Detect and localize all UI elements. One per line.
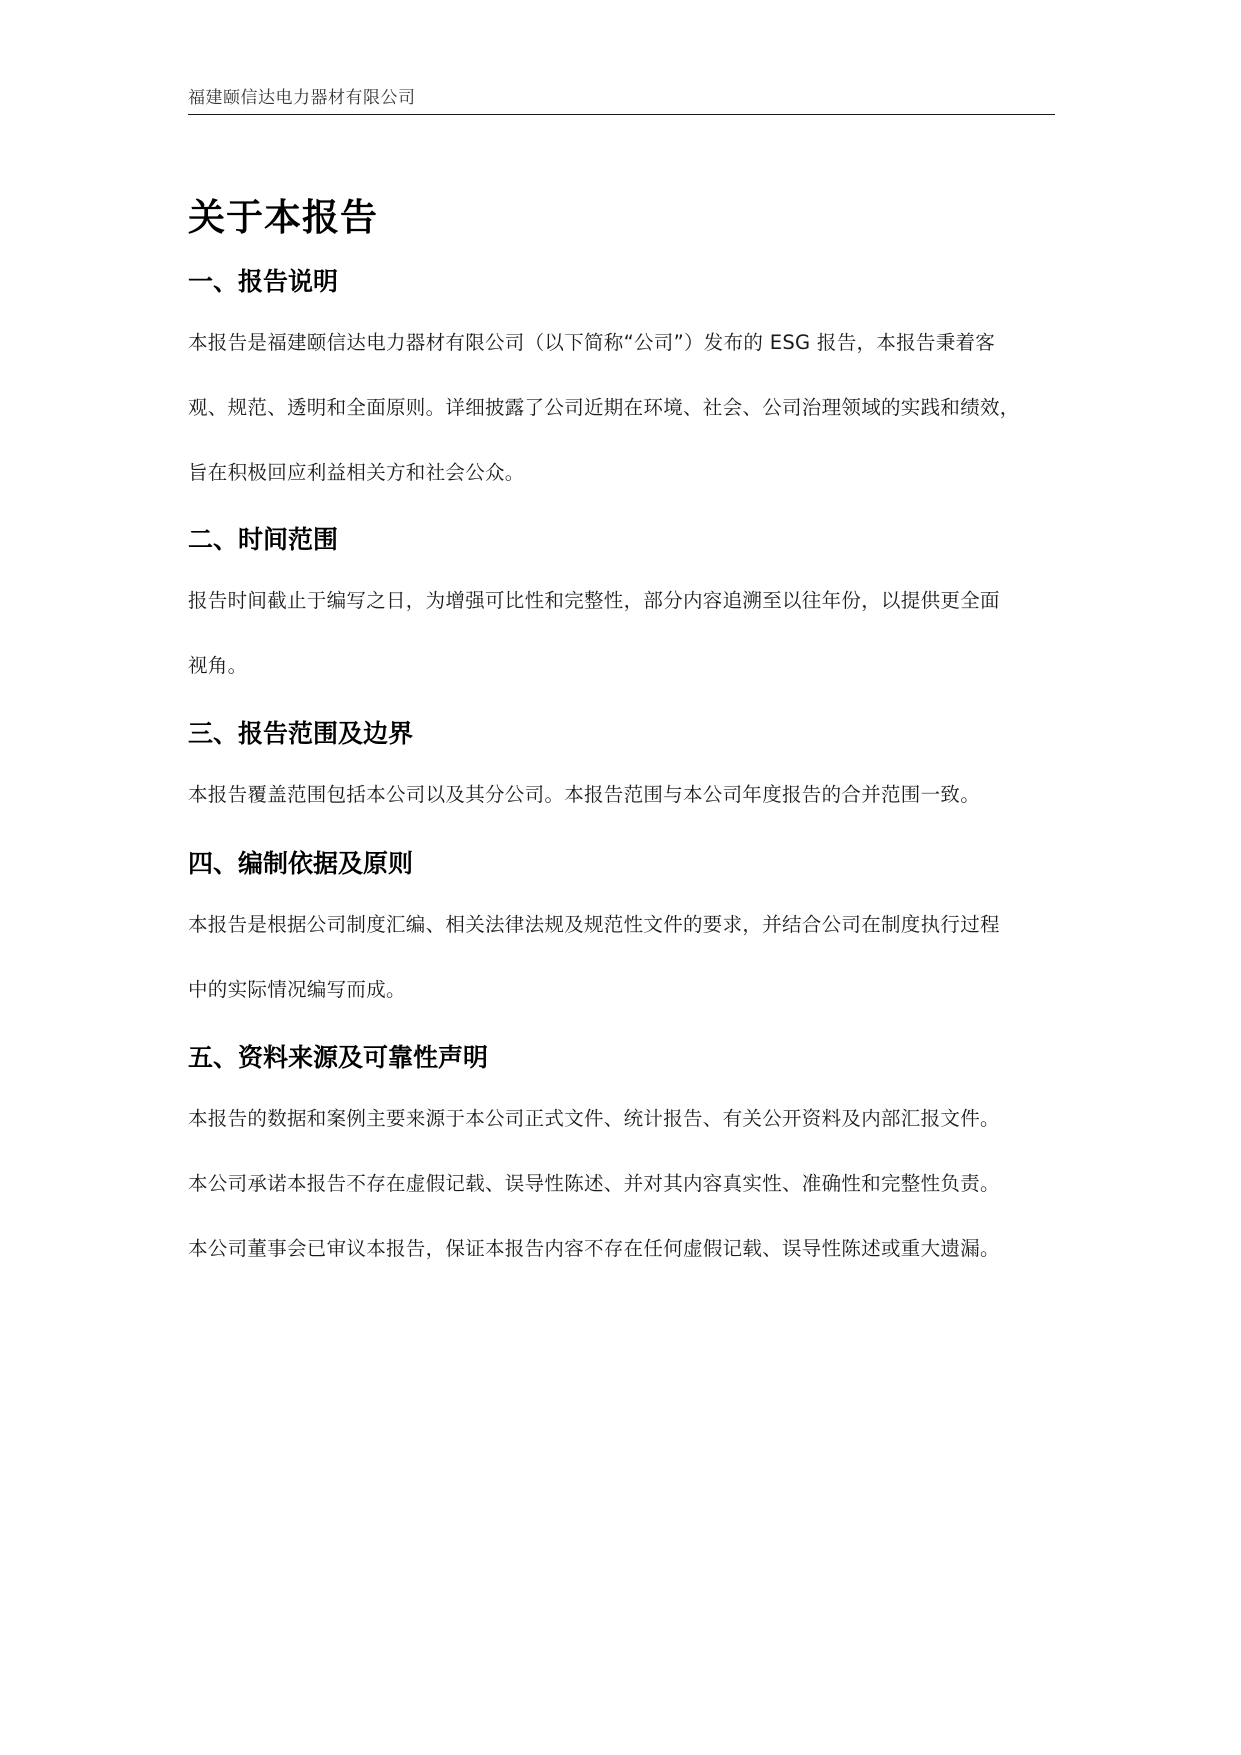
section-heading-scope-boundary: 三、报告范围及边界: [188, 714, 1058, 754]
paragraph-line: 本报告是福建颐信达电力器材有限公司（以下简称“公司”）发布的 ESG 报告，本报…: [188, 310, 1058, 375]
section-paragraph: 本报告覆盖范围包括本公司以及其分公司。本报告范围与本公司年度报告的合并范围一致。: [188, 762, 1058, 827]
section-paragraph: 报告时间截止于编写之日，为增强可比性和完整性，部分内容追溯至以往年份，以提供更全…: [188, 568, 1058, 698]
paragraph-line: 本报告的数据和案例主要来源于本公司正式文件、统计报告、有关公开资料及内部汇报文件…: [188, 1086, 1058, 1151]
paragraph-line: 视角。: [188, 633, 1058, 698]
page-title: 关于本报告: [188, 188, 1058, 248]
section-heading-basis-principles: 四、编制依据及原则: [188, 844, 1058, 884]
section-heading-report-description: 一、报告说明: [188, 262, 1058, 302]
paragraph-line: 本报告覆盖范围包括本公司以及其分公司。本报告范围与本公司年度报告的合并范围一致。: [188, 762, 1058, 827]
section-paragraph: 本报告是根据公司制度汇编、相关法律法规及规范性文件的要求，并结合公司在制度执行过…: [188, 892, 1058, 1022]
document-page: 福建颐信达电力器材有限公司 关于本报告 一、报告说明 本报告是福建颐信达电力器材…: [0, 0, 1241, 1755]
section-paragraph: 本报告的数据和案例主要来源于本公司正式文件、统计报告、有关公开资料及内部汇报文件…: [188, 1086, 1058, 1281]
company-name: 福建颐信达电力器材有限公司: [188, 88, 416, 108]
paragraph-line: 本公司承诺本报告不存在虚假记载、误导性陈述、并对其内容真实性、准确性和完整性负责…: [188, 1151, 1058, 1216]
running-header: 福建颐信达电力器材有限公司: [188, 88, 1055, 115]
section-paragraph: 本报告是福建颐信达电力器材有限公司（以下简称“公司”）发布的 ESG 报告，本报…: [188, 310, 1058, 505]
paragraph-line: 观、规范、透明和全面原则。详细披露了公司近期在环境、社会、公司治理领域的实践和绩…: [188, 375, 1058, 440]
paragraph-line: 报告时间截止于编写之日，为增强可比性和完整性，部分内容追溯至以往年份，以提供更全…: [188, 568, 1058, 633]
paragraph-line: 本报告是根据公司制度汇编、相关法律法规及规范性文件的要求，并结合公司在制度执行过…: [188, 892, 1058, 957]
section-heading-data-sources-reliability: 五、资料来源及可靠性声明: [188, 1038, 1058, 1078]
paragraph-line: 中的实际情况编写而成。: [188, 957, 1058, 1022]
paragraph-line: 旨在积极回应利益相关方和社会公众。: [188, 440, 1058, 505]
paragraph-line: 本公司董事会已审议本报告，保证本报告内容不存在任何虚假记载、误导性陈述或重大遗漏…: [188, 1216, 1058, 1281]
section-heading-time-range: 二、时间范围: [188, 520, 1058, 560]
